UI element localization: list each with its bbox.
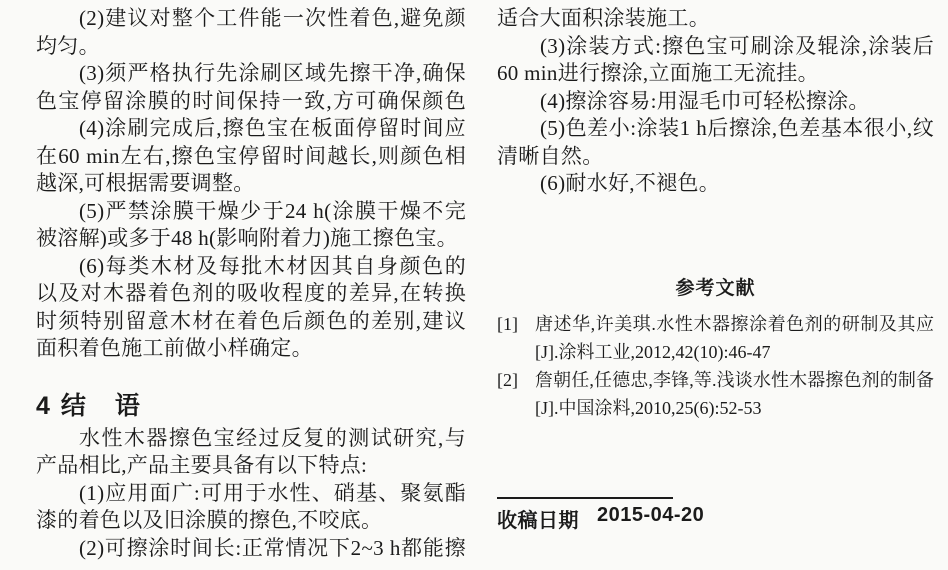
text-line: (5)色差小:涂装1 h后擦涂,色差基本很小,纹理: [497, 115, 934, 143]
text-line: 被溶解)或多于48 h(影响附着力)施工擦色宝。: [36, 225, 466, 253]
references-heading: 参考文献: [497, 276, 934, 302]
text-line: 色宝停留涂膜的时间保持一致,方可确保颜色一致。: [36, 88, 466, 116]
text-line: 60 min进行擦涂,立面施工无流挂。: [497, 60, 934, 88]
received-date-value: 2015-04-20: [597, 504, 704, 533]
reference-item: [2] 詹朝任,任德忠,李锋,等.浅谈水性木器擦色剂的制备 [J].中国涂料,2…: [497, 366, 934, 422]
text-line: 面积着色施工前做小样确定。: [36, 335, 466, 363]
text-line: 漆的着色以及旧涂膜的擦色,不咬底。: [36, 507, 466, 535]
text-line: (1)应用面广:可用于水性、硝基、聚氨酯底漆、面: [36, 480, 466, 508]
text-line: (2)建议对整个工件能一次性着色,避免颜色不: [36, 5, 466, 33]
text-line: (6)每类木材及每批木材因其自身颜色的差异,: [36, 253, 466, 281]
reference-marker: [1]: [497, 310, 518, 338]
footnote-rule: [497, 497, 673, 499]
text-line: 清晰自然。: [497, 143, 934, 171]
text-line: (3)须严格执行先涂刷区域先擦干净,确保让擦: [36, 60, 466, 88]
text-line: 时须特别留意木材在着色后颜色的差别,建议在大: [36, 308, 466, 336]
reference-text-line: [J].中国涂料,2010,25(6):52-53: [535, 394, 934, 422]
received-date-block: 收稿日期 2015-04-20: [497, 497, 934, 533]
text-line: (6)耐水好,不褪色。: [497, 170, 934, 198]
text-line: 以及对木器着色剂的吸收程度的差异,在转换木材: [36, 280, 466, 308]
received-date-row: 收稿日期 2015-04-20: [497, 504, 934, 533]
text-line: 均匀。: [36, 33, 466, 61]
text-line: (3)涂装方式:擦色宝可刷涂及辊涂,涂装后30~: [497, 33, 934, 61]
reference-item: [1] 唐述华,许美琪.水性木器擦涂着色剂的研制及其应用 [J].涂料工业,20…: [497, 310, 934, 366]
text-line: 越深,可根据需要调整。: [36, 170, 466, 198]
reference-text-line: 詹朝任,任德忠,李锋,等.浅谈水性木器擦色剂的制备: [535, 366, 934, 394]
text-line: (5)严禁涂膜干燥少于24 h(涂膜干燥不完全而易: [36, 198, 466, 226]
right-column: 适合大面积涂装施工。 (3)涂装方式:擦色宝可刷涂及辊涂,涂装后30~ 60 m…: [497, 5, 934, 422]
text-line: (4)涂刷完成后,擦色宝在板面停留时间应控制: [36, 115, 466, 143]
reference-text-line: 唐述华,许美琪.水性木器擦涂着色剂的研制及其应用: [535, 310, 934, 338]
left-column: (2)建议对整个工件能一次性着色,避免颜色不 均匀。 (3)须严格执行先涂刷区域…: [36, 5, 466, 562]
text-line: (4)擦涂容易:用湿毛巾可轻松擦涂。: [497, 88, 934, 116]
paper-page: (2)建议对整个工件能一次性着色,避免颜色不 均匀。 (3)须严格执行先涂刷区域…: [0, 0, 948, 570]
references-list: [1] 唐述华,许美琪.水性木器擦涂着色剂的研制及其应用 [J].涂料工业,20…: [497, 310, 934, 422]
received-date-label: 收稿日期: [497, 504, 579, 533]
text-line: 在60 min左右,擦色宝停留时间越长,则颜色相对会: [36, 143, 466, 171]
text-line: (2)可擦涂时间长:正常情况下2~3 h都能擦涂。: [36, 535, 466, 563]
text-line: 水性木器擦色宝经过反复的测试研究,与同类: [36, 425, 466, 453]
reference-marker: [2]: [497, 366, 518, 394]
text-line: 适合大面积涂装施工。: [497, 5, 934, 33]
text-line: 产品相比,产品主要具备有以下特点:: [36, 452, 466, 480]
section-heading-conclusion: 4 结 语: [36, 388, 466, 425]
reference-text-line: [J].涂料工业,2012,42(10):46-47: [535, 338, 934, 366]
